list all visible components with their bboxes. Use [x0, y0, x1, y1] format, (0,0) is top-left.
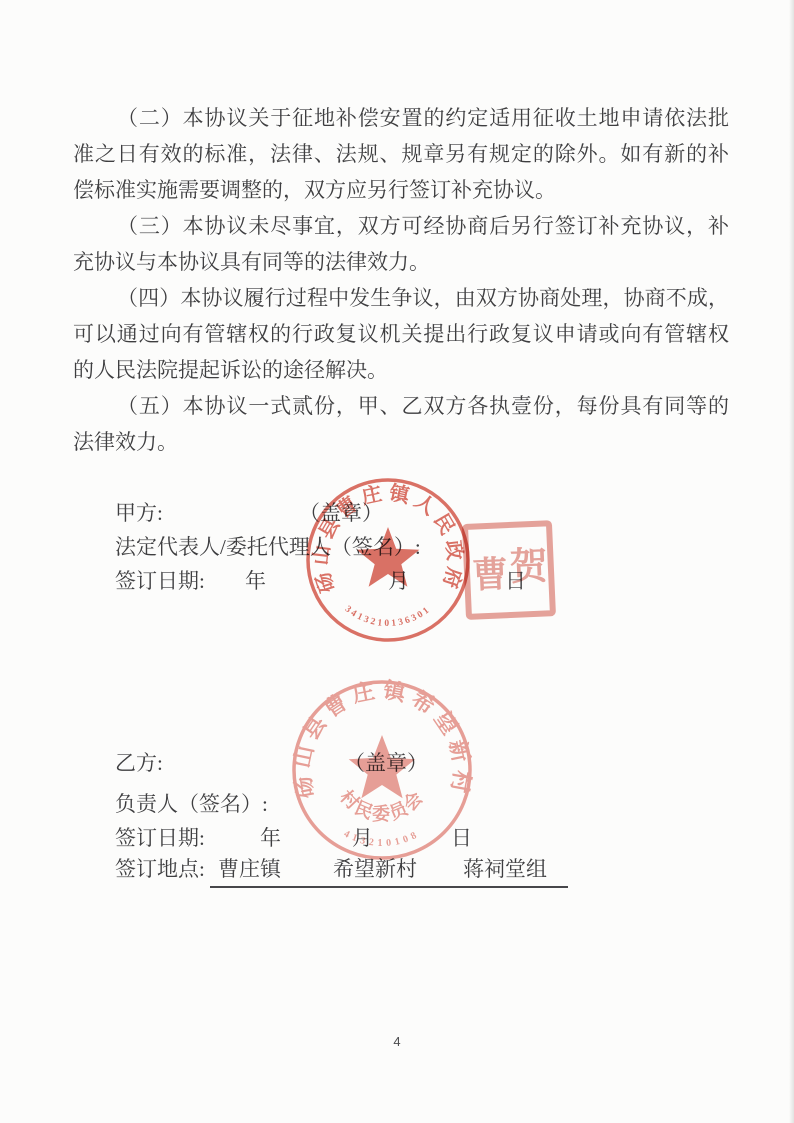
party-a-date-label: 签订日期:	[115, 568, 205, 595]
star-icon	[349, 735, 416, 798]
party-b-year-label: 年	[260, 825, 281, 852]
page-number: 4	[0, 1034, 794, 1049]
party-a-year-label: 年	[245, 568, 266, 595]
party-b-representative-label: 负责人（签名）:	[115, 791, 268, 818]
body-line: （三）本协议未尽事宜，双方可经协商后另行签订补充协议，补	[73, 208, 729, 244]
document-page: （二）本协议关于征地补偿安置的约定适用征收土地申请依法批 准之日有效的标准，法律…	[0, 0, 794, 1123]
seal-code-text: 413210108	[342, 828, 422, 849]
name-seal-char-right: 贺	[509, 545, 550, 589]
seal-code-text: 3413210136301	[343, 604, 433, 629]
square-name-seal: 曹 贺	[460, 518, 560, 624]
body-line: 的人民法院提起诉讼的途径解决。	[73, 352, 729, 388]
party-b-date-label: 签订日期:	[115, 825, 205, 852]
name-seal-char-left: 曹	[471, 554, 509, 596]
round-seal-party-a: 砀山县曹庄镇人民政府 3413210136301	[293, 465, 483, 655]
seal-org-bottom-text: 村民委员会	[336, 786, 428, 824]
svg-text:村民委员会: 村民委员会	[336, 786, 428, 824]
party-a-label: 甲方:	[115, 500, 163, 527]
body-line: （五）本协议一式贰份，甲、乙双方各执壹份，每份具有同等的	[73, 388, 729, 424]
round-seal-party-b: 砀山县曹庄镇希望新村 村民委员会 413210108	[282, 670, 482, 870]
star-icon	[357, 527, 420, 587]
svg-text:3413210136301: 3413210136301	[343, 604, 433, 629]
signing-location-label: 签订地点:	[115, 856, 205, 883]
body-line: 充协议与本协议具有同等的法律效力。	[73, 244, 729, 280]
body-line: 准之日有效的标准，法律、法规、规章另有规定的除外。如有新的补	[73, 136, 729, 172]
body-line: （二）本协议关于征地补偿安置的约定适用征收土地申请依法批	[73, 100, 729, 136]
body-line: （四）本协议履行过程中发生争议，由双方协商处理，协商不成，	[73, 280, 729, 316]
party-b-label: 乙方:	[115, 750, 163, 777]
body-line: 可以通过向有管辖权的行政复议机关提出行政复议申请或向有管辖权	[73, 316, 729, 352]
body-line: 偿标准实施需要调整的，双方应另行签订补充协议。	[73, 172, 729, 208]
scan-edge-shading	[789, 0, 794, 1123]
agreement-body-text: （二）本协议关于征地补偿安置的约定适用征收土地申请依法批 准之日有效的标准，法律…	[73, 100, 729, 460]
body-line: 法律效力。	[73, 424, 729, 460]
svg-text:413210108: 413210108	[342, 828, 422, 849]
